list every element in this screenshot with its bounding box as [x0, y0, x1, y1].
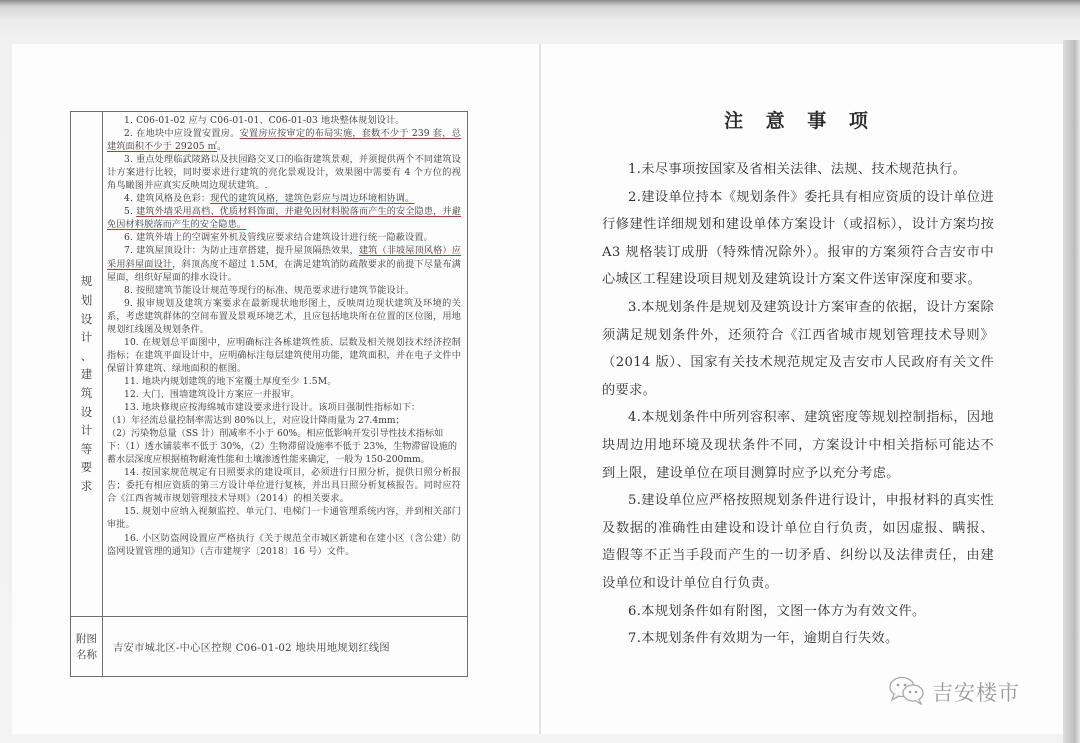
- requirement-item: （2）污染物总量（SS 计）削减率不小于 60%。相应低影响开发引导性技术指标如…: [107, 428, 461, 467]
- requirement-number: 10.: [107, 338, 139, 348]
- requirement-number: 11.: [107, 377, 139, 387]
- requirement-number: 3.: [107, 155, 133, 165]
- requirement-number: 7.: [107, 246, 133, 256]
- section-label-char: 建: [81, 365, 93, 384]
- notice-item: 2.建设单位持本《规划条件》委托具有相应资质的设计单位进行修建性详细规划和建设单…: [602, 184, 994, 294]
- requirement-number: 9.: [107, 299, 133, 309]
- requirement-item: 14. 按国家规范规定有日照要求的建设项目，必须进行日照分析，提供日照分析报告；…: [107, 467, 461, 506]
- requirement-number: 2.: [107, 129, 133, 139]
- wechat-icon: [888, 675, 926, 709]
- section-label-char: 设: [81, 310, 93, 329]
- requirement-text: 按照建筑节能设计规范等现行的标准、规范要求进行建筑节能设计。: [136, 286, 414, 296]
- requirement-item: 12. 大门、围墙建筑设计方案应一并报审。: [107, 389, 461, 402]
- section-label-char: 筑: [81, 384, 93, 403]
- requirement-number: 1.: [107, 116, 133, 126]
- section-label-char: 设: [81, 403, 93, 422]
- requirement-text: 大门、围墙建筑设计方案应一并报审。: [142, 390, 300, 400]
- attachment-label-line1: 附图: [76, 631, 97, 647]
- requirement-text: 报审规划及建筑方案要求在最新现状地形图上，反映周边现状建筑及环境的关系，考虑建筑…: [107, 299, 461, 335]
- requirements-list: 1. C06-01-02 应与 C06-01-01、C06-01-03 地块整体…: [103, 112, 467, 617]
- requirement-number: 12.: [107, 390, 139, 400]
- attachment-name: 吉安市城北区-中心区控规 C06-01-02 地块用地规划红线图: [103, 617, 467, 676]
- requirement-number: 16.: [107, 534, 139, 544]
- requirement-number: 14.: [107, 468, 139, 478]
- requirement-text: 地块修规应按海绵城市建设要求进行设计。该项目强制性指标如下：: [142, 403, 420, 413]
- requirement-item: 5. 建筑外墙采用高档、优质材料饰面，并避免因材料脱落而产生的安全隐患，并避免因…: [107, 206, 461, 232]
- requirement-number: 5.: [107, 207, 133, 217]
- requirement-text: 按国家规范规定有日照要求的建设项目，必须进行日照分析，提供日照分析报告；委托有相…: [107, 468, 461, 504]
- requirement-text: 在规划总平面图中，应明确标注各栋建筑性质、层数及相关规划技术经济控制指标；在建筑…: [107, 338, 461, 374]
- requirement-item: 1. C06-01-02 应与 C06-01-01、C06-01-03 地块整体…: [107, 115, 461, 128]
- requirement-number: 6.: [107, 233, 133, 243]
- section-label-char: 规: [81, 272, 93, 291]
- requirement-number: 8.: [107, 286, 133, 296]
- notice-item: 1.未尽事项按国家及省相关法律、法规、技术规范执行。: [602, 156, 994, 184]
- requirements-table: 规划设计、建筑设计等要求 1. C06-01-02 应与 C06-01-01、C…: [70, 111, 468, 677]
- requirement-item: 2. 在地块中应设置安置房。安置房应按审定的布局实施，套数不少于 239 套，总…: [107, 128, 461, 154]
- requirement-item: 16. 小区防盗网设置应严格执行《关于规范全市城区新建和在建小区（含公建）防盗网…: [107, 533, 461, 559]
- requirement-text: 建筑屋顶设计：为防止违章搭建，提升屋顶隔热效果，: [136, 246, 359, 256]
- underlined-text: 建筑外墙采用高档、优质材料饰面，并避免因材料脱落而产生的安全隐患，并避免因材料脱…: [107, 207, 461, 230]
- requirement-item: 11. 地块内规划建筑的地下室覆土厚度至少 1.5M。: [107, 376, 461, 389]
- requirement-item: 8. 按照建筑节能设计规范等现行的标准、规范要求进行建筑节能设计。: [107, 285, 461, 298]
- requirement-item: 7. 建筑屋顶设计：为防止违章搭建，提升屋顶隔热效果，建筑（非坡屋顶风格）应采用…: [107, 245, 461, 284]
- notice-item: 7.本规划条件有效期为一年，逾期自行失效。: [602, 625, 994, 653]
- attachment-label-line2: 名称: [76, 647, 97, 663]
- requirement-text: 小区防盗网设置应严格执行《关于规范全市城区新建和在建小区（含公建）防盗网设置管理…: [107, 534, 461, 557]
- requirement-item: 9. 报审规划及建筑方案要求在最新现状地形图上，反映周边现状建筑及环境的关系，考…: [107, 298, 461, 337]
- section-label-char: 、: [81, 347, 93, 366]
- requirement-item: 4. 建筑风格及色彩：现代的建筑风格，建筑色彩应与周边环境相协调。: [107, 193, 461, 206]
- watermark: 吉安楼市: [888, 676, 1020, 708]
- notice-title: 注 意 事 项: [700, 106, 900, 133]
- section-label-char: 计: [81, 328, 93, 347]
- watermark-text: 吉安楼市: [932, 677, 1020, 707]
- notice-item: 5.建设单位应严格按照规划条件进行设计，申报材料的真实性及数据的准确性由建设和设…: [602, 487, 994, 597]
- requirement-item: 15. 规划中应纳入视频监控、单元门、电梯门一卡通管理系统内容，并到相关部门审批…: [107, 506, 461, 532]
- requirement-text: 。: [217, 142, 226, 152]
- requirement-text: C06-01-02 应与 C06-01-01、C06-01-03 地块整体规划设…: [136, 116, 404, 126]
- notice-item: 3.本规划条件是规划及建筑设计方案审查的依据，设计方案除须满足规划条件外，还须符…: [602, 294, 994, 404]
- requirement-item: 6. 建筑外墙上的空调室外机及管线应要求结合建筑设计进行统一隐蔽设置。: [107, 232, 461, 245]
- section-label-char: 划: [81, 291, 93, 310]
- requirement-number: 13.: [107, 403, 139, 413]
- section-label-char: 要: [81, 458, 93, 477]
- section-label-planning-requirements: 规划设计、建筑设计等要求: [71, 112, 103, 617]
- requirement-item: 10. 在规划总平面图中，应明确标注各栋建筑性质、层数及相关规划技术经济控制指标…: [107, 337, 461, 376]
- requirement-number: 15.: [107, 507, 139, 517]
- requirement-text: 建筑外墙上的空调室外机及管线应要求结合建筑设计进行统一隐蔽设置。: [136, 233, 433, 243]
- requirement-number: 4.: [107, 194, 133, 204]
- attachment-label: 附图 名称: [71, 617, 103, 676]
- requirement-text: 在地块中应设置安置房。: [136, 129, 239, 139]
- notice-item: 4.本规划条件中所列容积率、建筑密度等规划控制指标，因地块周边用地环境及现状条件…: [602, 404, 994, 487]
- underlined-text: 现代的建筑风格，建筑色彩应与周边环境相协调。: [210, 194, 414, 204]
- requirement-item: （1）年径流总量控制率需达到 80%以上，对应设计降雨量为 27.4mm；: [107, 415, 461, 428]
- notice-list: 1.未尽事项按国家及省相关法律、法规、技术规范执行。 2.建设单位持本《规划条件…: [602, 156, 994, 653]
- requirement-item: 13. 地块修规应按海绵城市建设要求进行设计。该项目强制性指标如下：: [107, 402, 461, 415]
- section-label-char: 计: [81, 421, 93, 440]
- requirement-text: 规划中应纳入视频监控、单元门、电梯门一卡通管理系统内容，并到相关部门审批。: [107, 507, 461, 530]
- section-label-char: 求: [81, 477, 93, 496]
- requirement-item: 3. 重点处理临武陵路以及扶园路交叉口的临街建筑景观，并须提供两个不同建筑设计方…: [107, 154, 461, 193]
- scan-edge: [0, 0, 1080, 6]
- scan-right-edge: [1063, 40, 1080, 743]
- requirement-text: 地块内规划建筑的地下室覆土厚度至少 1.5M。: [142, 377, 336, 387]
- requirement-text: 重点处理临武陵路以及扶园路交叉口的临街建筑景观，并须提供两个不同建筑设计方案进行…: [107, 155, 461, 191]
- section-label-char: 等: [81, 440, 93, 459]
- notice-item: 6.本规划条件如有附图，文图一体方为有效文件。: [602, 598, 994, 626]
- requirement-text: （2）污染物总量（SS 计）削减率不小于 60%。相应低影响开发引导性技术指标如…: [107, 429, 457, 465]
- requirement-text: （1）年径流总量控制率需达到 80%以上，对应设计降雨量为 27.4mm；: [107, 416, 405, 426]
- requirement-text: 建筑风格及色彩：: [136, 194, 210, 204]
